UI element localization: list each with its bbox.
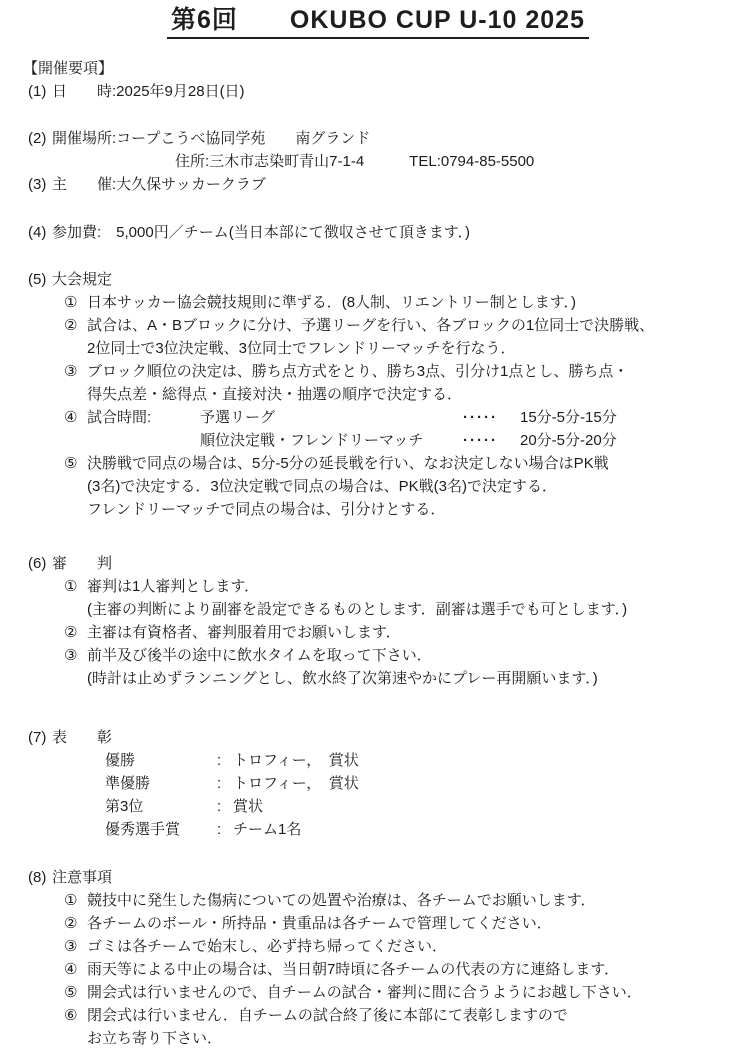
award-label: 優秀選手賞 [105,818,180,841]
list-item: ⑤ 開会式は行いませんので、自チームの試合・審判に間に合うようにお越し下さい． [0,981,756,1004]
award-value: トロフィー， 賞状 [233,749,359,772]
item-fee: (4) 参加費: 5,000円／チーム(当日本部にて徴収させて頂きます．) [0,221,756,244]
circled-number: ④ [64,406,77,429]
item-number: (5) [28,268,46,291]
list-item-wrap: (3名)で決定する．3位決定戦で同点の場合は、PK戦(3名)で決定する． [0,475,756,498]
list-item-text: 試合は、A・Bブロックに分け、予選リーグを行い、各ブロックの1位同士で決勝戦、 [87,314,654,337]
list-item-text: 閉会式は行いません．自チームの試合終了後に本部にて表彰しますので [87,1004,568,1027]
list-item-text: (時計は止めずランニングとし、飲水終了次第速やかにプレー再開願います．) [87,667,598,690]
section-heading: 【開催要項】 [23,57,113,80]
award-separator: : [217,818,221,841]
spacer [0,196,756,221]
match-time-row: 順位決定戦・フレンドリーマッチ ····· 20分-5分-20分 [0,429,756,452]
list-item-text: 決勝戦で同点の場合は、5分-5分の延長戦を行い、なお決定しない場合はPK戦 [87,452,609,475]
award-row: 優勝 : トロフィー， 賞状 [0,749,756,772]
list-item: ① 審判は1人審判とします． [0,575,756,598]
spacer [0,690,756,726]
list-item: ① 競技中に発生した傷病についての処置や治療は、各チームでお願いします． [0,889,756,912]
list-item-text: 主審は有資格者、審判服着用でお願いします． [87,621,401,644]
item-text: 大会規定 [52,268,112,291]
circled-number: ① [64,889,77,912]
circled-number: ⑤ [64,452,77,475]
item-number: (2) [28,127,46,150]
list-item-wrap: 得失点差・総得点・直接対決・抽選の順序で決定する． [0,383,756,406]
list-item: ④ 雨天等による中止の場合は、当日朝7時頃に各チームの代表の方に連絡します． [0,958,756,981]
item-number: (4) [28,221,46,244]
award-value: チーム1名 [233,818,301,841]
match-time-label: 試合時間: [87,406,151,429]
spacer [0,244,756,268]
circled-number: ② [64,912,77,935]
award-value: 賞状 [233,795,263,818]
award-label: 準優勝 [105,772,150,795]
list-item-text: (3名)で決定する．3位決定戦で同点の場合は、PK戦(3名)で決定する． [87,475,557,498]
item-referee: (6) 審 判 [0,552,756,575]
circled-number: ③ [64,360,77,383]
spacer [0,521,756,552]
award-value: トロフィー， 賞状 [233,772,359,795]
doc-title: 第6回 OKUBO CUP U-10 2025 [167,4,589,39]
item-awards: (7) 表 彰 [0,726,756,749]
item-text: 表 彰 [52,726,112,749]
circled-number: ⑤ [64,981,77,1004]
list-item: ③ 前半及び後半の途中に飲水タイムを取って下さい． [0,644,756,667]
item-text: 日 時:2025年9月28日(日) [52,80,245,103]
list-item: ② 試合は、A・Bブロックに分け、予選リーグを行い、各ブロックの1位同士で決勝戦… [0,314,756,337]
list-item: ③ ブロック順位の決定は、勝ち点方式をとり、勝ち3点、引分け1点とし、勝ち点・ [0,360,756,383]
list-item: ② 各チームのボール・所持品・貴重品は各チームで管理してください． [0,912,756,935]
item-notes: (8) 注意事項 [0,866,756,889]
award-row: 準優勝 : トロフィー， 賞状 [0,772,756,795]
list-item-text: 得失点差・総得点・直接対決・抽選の順序で決定する． [87,383,462,406]
list-item-text: 雨天等による中止の場合は、当日朝7時頃に各チームの代表の方に連絡します． [87,958,619,981]
list-item: ① 日本サッカー協会競技規則に準ずる．(8人制、リエントリー制とします．) [0,291,756,314]
list-item-wrap: フレンドリーマッチで同点の場合は、引分けとする． [0,498,756,521]
title-row: 第6回 OKUBO CUP U-10 2025 [0,4,756,44]
list-item-text: ブロック順位の決定は、勝ち点方式をとり、勝ち3点、引分け1点とし、勝ち点・ [87,360,628,383]
document-page: 第6回 OKUBO CUP U-10 2025 【開催要項】 (1) 日 時:2… [0,0,756,1059]
list-item: ⑤ 決勝戦で同点の場合は、5分-5分の延長戦を行い、なお決定しない場合はPK戦 [0,452,756,475]
match-duration: 15分-5分-15分 [520,406,617,429]
award-label: 第3位 [105,795,143,818]
list-item-text: 前半及び後半の途中に飲水タイムを取って下さい． [87,644,432,667]
list-item-text: お立ち寄り下さい． [87,1027,222,1050]
item-venue-address: 住所:三木市志染町青山7-1-4 TEL:0794-85-5500 [0,150,756,173]
item-date: (1) 日 時:2025年9月28日(日) [0,80,756,103]
list-item: ② 主審は有資格者、審判服着用でお願いします． [0,621,756,644]
item-text: 審 判 [52,552,112,575]
list-item-text: 審判は1人審判とします． [87,575,259,598]
item-number: (1) [28,80,46,103]
item-number: (6) [28,552,46,575]
item-venue: (2) 開催場所:コープこうべ協同学苑 南グランド [0,127,756,150]
dots-leader: ····· [463,406,498,429]
award-separator: : [217,749,221,772]
list-item-text: フレンドリーマッチで同点の場合は、引分けとする． [87,498,445,521]
list-item: ③ ゴミは各チームで始末し、必ず持ち帰ってください． [0,935,756,958]
list-item: ⑥ 閉会式は行いません．自チームの試合終了後に本部にて表彰しますので [0,1004,756,1027]
item-text: 主 催:大久保サッカークラブ [52,173,266,196]
circled-number: ③ [64,935,77,958]
list-item-text: 2位同士で3位決定戦、3位同士でフレンドリーマッチを行なう． [87,337,515,360]
award-separator: : [217,772,221,795]
match-time-row: ④ 試合時間: 予選リーグ ····· 15分-5分-15分 [0,406,756,429]
circled-number: ② [64,314,77,337]
address-text: 住所:三木市志染町青山7-1-4 TEL:0794-85-5500 [175,150,534,173]
match-stage: 予選リーグ [200,406,275,429]
list-item-wrap: (主審の判断により副審を設定できるものとします．副審は選手でも可とします．) [0,598,756,621]
list-item-wrap: 2位同士で3位決定戦、3位同士でフレンドリーマッチを行なう． [0,337,756,360]
list-item-text: ゴミは各チームで始末し、必ず持ち帰ってください． [87,935,447,958]
list-item-text: 各チームのボール・所持品・貴重品は各チームで管理してください． [87,912,552,935]
circled-number: ⑥ [64,1004,77,1027]
item-rules: (5) 大会規定 [0,268,756,291]
item-text: 開催場所:コープこうべ協同学苑 南グランド [52,127,370,150]
item-number: (3) [28,173,46,196]
item-text: 参加費: 5,000円／チーム(当日本部にて徴収させて頂きます．) [52,221,470,244]
list-item-text: 開会式は行いませんので、自チームの試合・審判に間に合うようにお越し下さい． [87,981,642,1004]
list-item-text: 競技中に発生した傷病についての処置や治療は、各チームでお願いします． [87,889,596,912]
award-row: 第3位 : 賞状 [0,795,756,818]
spacer [0,841,756,866]
list-item-text: (主審の判断により副審を設定できるものとします．副審は選手でも可とします．) [87,598,627,621]
item-number: (8) [28,866,46,889]
award-label: 優勝 [105,749,135,772]
item-text: 注意事項 [52,866,112,889]
match-duration: 20分-5分-20分 [520,429,617,452]
dots-leader: ····· [463,429,498,452]
item-number: (7) [28,726,46,749]
item-organizer: (3) 主 催:大久保サッカークラブ [0,173,756,196]
outline-heading-row: 【開催要項】 [0,57,756,80]
circled-number: ③ [64,644,77,667]
list-item-wrap: (時計は止めずランニングとし、飲水終了次第速やかにプレー再開願います．) [0,667,756,690]
spacer [0,103,756,127]
award-row: 優秀選手賞 : チーム1名 [0,818,756,841]
circled-number: ① [64,575,77,598]
circled-number: ② [64,621,77,644]
circled-number: ④ [64,958,77,981]
list-item-text: 日本サッカー協会競技規則に準ずる．(8人制、リエントリー制とします．) [87,291,576,314]
circled-number: ① [64,291,77,314]
list-item-wrap: お立ち寄り下さい． [0,1027,756,1050]
match-stage: 順位決定戦・フレンドリーマッチ [200,429,423,452]
award-separator: : [217,795,221,818]
